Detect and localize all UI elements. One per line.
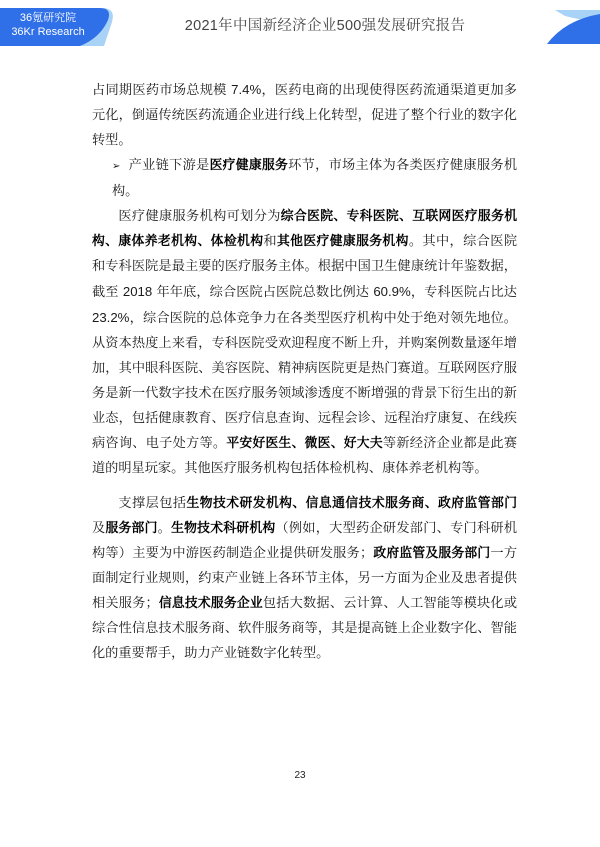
- arrow-bullet-icon: ➢: [112, 161, 120, 172]
- stat-value: 60.9%: [373, 284, 410, 299]
- bold-term: 平安好医生、微医、好大夫: [226, 436, 383, 451]
- text: 。: [158, 521, 171, 536]
- document-body: 占同期医药市场总规模 7.4%，医药电商的出现使得医药流通渠道更加多元化，倒逼传…: [92, 77, 517, 666]
- text: 占同期医药市场总规模: [92, 83, 231, 98]
- bold-term: 信息技术服务企业: [159, 596, 263, 611]
- spacer: [92, 481, 517, 491]
- logo-text: 36氪研究院 36Kr Research: [0, 11, 96, 39]
- paragraph-medical-services: 医疗健康服务机构可划分为综合医院、专科医院、互联网医疗服务机构、康体养老机构、体…: [92, 204, 517, 481]
- paragraph-pharma-distribution: 占同期医药市场总规模 7.4%，医药电商的出现使得医药流通渠道更加多元化，倒逼传…: [92, 77, 517, 153]
- brand-logo: 36氪研究院 36Kr Research: [0, 8, 118, 46]
- bold-term: 其他医疗健康服务机构: [277, 234, 409, 249]
- bold-term: 服务部门: [105, 521, 157, 536]
- corner-shape-icon: [545, 8, 600, 44]
- bold-term: 政府监管及服务部门: [373, 546, 490, 561]
- text: 及: [92, 521, 105, 536]
- logo-line-cn: 36氪研究院: [0, 11, 96, 25]
- bold-term: 生物技术科研机构: [171, 521, 275, 536]
- page-number: 23: [0, 770, 600, 781]
- page-header: 36氪研究院 36Kr Research 2021年中国新经济企业500强发展研…: [0, 0, 600, 48]
- text: ，综合医院的总体竞争力在各类型医疗机构中处于绝对领先地位。从资本热度上来看，专科…: [92, 311, 517, 451]
- text: 产业链下游是: [128, 158, 209, 173]
- stat-value: 23.2%: [92, 310, 129, 325]
- stat-value: 2018: [123, 284, 152, 299]
- corner-decoration: [545, 8, 600, 44]
- text: ，专科医院占比达: [411, 285, 517, 300]
- text: 年年底，综合医院占医院总数比例达: [152, 285, 373, 300]
- bold-term: 生物技术研发机构、信息通信技术服务商、政府监管部门: [187, 496, 517, 511]
- text: 医疗健康服务机构可划分为: [118, 209, 280, 224]
- bold-term: 医疗健康服务: [210, 158, 289, 173]
- stat-value: 7.4%: [231, 82, 261, 97]
- text: 支撑层包括: [118, 496, 186, 511]
- bullet-downstream: ➢产业链下游是医疗健康服务环节，市场主体为各类医疗健康服务机构。: [92, 153, 517, 204]
- report-title: 2021年中国新经济企业500强发展研究报告: [120, 0, 530, 48]
- text: 和: [263, 234, 277, 249]
- logo-line-en: 36Kr Research: [0, 25, 96, 39]
- paragraph-support-layer: 支撑层包括生物技术研发机构、信息通信技术服务商、政府监管部门及服务部门。生物技术…: [92, 491, 517, 666]
